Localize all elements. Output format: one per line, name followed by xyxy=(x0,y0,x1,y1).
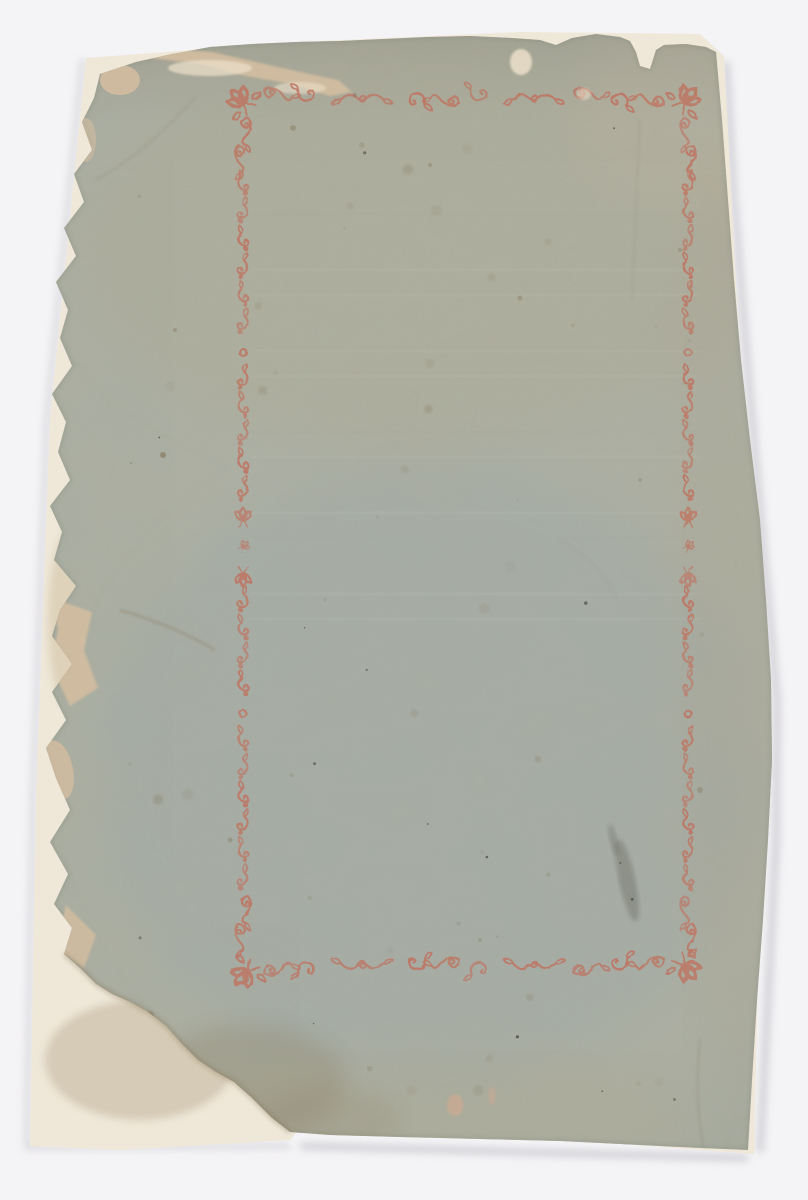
fox-spot xyxy=(655,1078,663,1086)
fox-spot xyxy=(535,756,541,762)
laid-line xyxy=(250,512,700,514)
fox-spot xyxy=(273,370,278,375)
fox-spot xyxy=(571,323,575,327)
fox-spot xyxy=(401,466,409,474)
fox-spot xyxy=(697,787,703,793)
fox-spot xyxy=(424,405,432,413)
ink-speck xyxy=(366,669,368,671)
ink-speck xyxy=(584,601,587,604)
ink-speck xyxy=(139,936,142,939)
ink-speck xyxy=(516,1035,519,1038)
fox-spot xyxy=(403,164,414,175)
fox-spot xyxy=(457,921,461,925)
fox-spot xyxy=(479,849,484,854)
laid-line xyxy=(250,593,700,595)
fox-spot xyxy=(153,794,163,804)
fox-spot xyxy=(505,561,515,571)
fox-spot xyxy=(638,478,642,482)
ink-speck xyxy=(363,151,366,154)
fox-spot xyxy=(160,452,166,458)
fox-spot xyxy=(411,710,419,718)
laid-line xyxy=(250,537,700,539)
fox-spot xyxy=(388,947,394,953)
fox-spot xyxy=(258,386,267,395)
ink-speck xyxy=(613,127,615,129)
ink-speck xyxy=(427,823,429,825)
fox-spot xyxy=(425,359,434,368)
laid-line xyxy=(250,213,700,215)
laid-line xyxy=(250,618,700,620)
fox-spot xyxy=(308,896,312,900)
fox-spot xyxy=(323,598,326,601)
fox-spot xyxy=(347,203,354,210)
ink-speck xyxy=(130,463,131,464)
fox-spot xyxy=(478,938,482,942)
fox-spot xyxy=(692,890,696,894)
fox-spot xyxy=(678,248,682,252)
laid-line xyxy=(250,375,700,377)
fox-spot xyxy=(166,382,175,391)
artifact-scan xyxy=(0,0,808,1200)
fox-spot xyxy=(545,239,552,246)
fox-spot xyxy=(526,994,533,1001)
ink-speck xyxy=(158,437,160,439)
fox-spot xyxy=(428,163,432,167)
ink-speck xyxy=(673,1098,676,1101)
fox-spot xyxy=(406,1085,416,1095)
fox-spot xyxy=(173,328,177,332)
laid-line xyxy=(250,456,700,458)
laid-line xyxy=(250,431,700,433)
fox-spot xyxy=(376,516,379,519)
fox-spot xyxy=(683,381,686,384)
ink-speck xyxy=(601,1090,603,1092)
ink-speck xyxy=(313,1023,314,1024)
fox-spot xyxy=(496,935,499,938)
fox-spot xyxy=(353,93,357,97)
fox-spot xyxy=(636,1081,641,1086)
fox-spot xyxy=(518,296,523,301)
fox-spot xyxy=(359,142,365,148)
fox-spot xyxy=(367,1066,373,1072)
fox-spot xyxy=(183,789,194,800)
laid-line xyxy=(250,350,700,352)
fox-spot xyxy=(128,762,132,766)
fox-spot xyxy=(687,339,691,343)
fox-spot xyxy=(546,873,550,877)
fox-spot xyxy=(479,603,490,614)
fox-spot xyxy=(228,838,233,843)
fox-spot xyxy=(290,773,294,777)
fox-spot xyxy=(137,194,141,198)
fox-spot xyxy=(473,1085,483,1095)
ink-speck xyxy=(304,627,305,628)
fox-spot xyxy=(653,324,658,329)
fox-spot xyxy=(462,144,472,154)
fox-spot xyxy=(517,498,519,500)
fox-spot xyxy=(488,273,495,280)
fox-spot xyxy=(486,1055,493,1062)
fox-spot xyxy=(255,303,262,310)
fox-spot xyxy=(290,125,296,131)
ink-speck xyxy=(313,762,316,765)
fox-spot xyxy=(432,206,442,216)
fox-spot xyxy=(343,227,345,229)
artifact-photo xyxy=(0,0,808,1200)
ink-speck xyxy=(486,856,489,859)
fox-spot xyxy=(699,632,704,637)
